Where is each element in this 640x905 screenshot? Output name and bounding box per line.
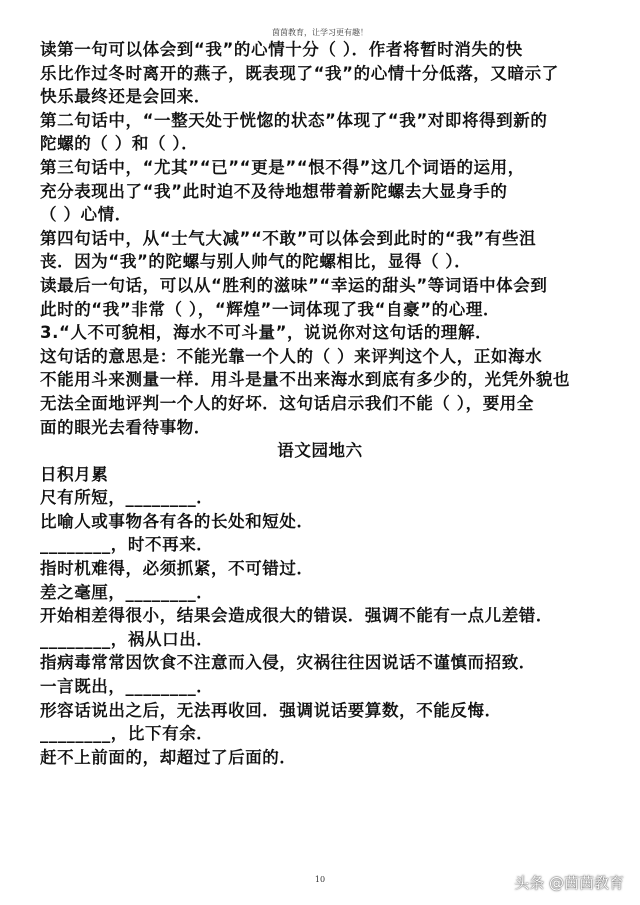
text-line: 此时的“我”非常（ ），“辉煌”一词体现了我“自豪”的心理． (40, 298, 620, 322)
watermark: 头条 @茵茵教育 (514, 872, 624, 893)
reading-questions-section: 读第一句可以体会到“我”的心情十分（ ）．作者将暂时消失的快 乐比作过冬时离开的… (40, 38, 620, 439)
text-line: 面的眼光去看待事物． (40, 416, 620, 440)
idiom-line: ________，比下有余． (40, 722, 620, 746)
explanation-line: 比喻人或事物各有各的长处和短处． (40, 510, 620, 534)
text-line: 第四句话中，从“士气大减”“不敢”可以体会到此时的“我”有些沮 (40, 227, 620, 251)
idiom-line: 一言既出，________． (40, 675, 620, 699)
text-line: 无法全面地评判一个人的好坏．这句话启示我们不能（ ），要用全 (40, 392, 620, 416)
section-subtitle: 日积月累 (40, 463, 620, 487)
idiom-line: 尺有所短，________． (40, 486, 620, 510)
explanation-line: 形容话说出之后，无法再收回．强调说话要算数，不能反悔． (40, 699, 620, 723)
yuwen-yuandi-section: 语文园地六 日积月累 尺有所短，________． 比喻人或事物各有各的长处和短… (40, 439, 620, 769)
question-3: 3.“人不可貌相，海水不可斗量”，说说你对这句话的理解． (40, 321, 620, 345)
text-line: 第三句话中，“尤其”“已”“更是”“恨不得”这几个词语的运用， (40, 156, 620, 180)
text-line: 读第一句可以体会到“我”的心情十分（ ）．作者将暂时消失的快 (40, 38, 620, 62)
text-line: 充分表现出了“我”此时迫不及待地想带着新陀螺去大显身手的 (40, 180, 620, 204)
section-title: 语文园地六 (40, 439, 620, 463)
idiom-line: ________，时不再来． (40, 533, 620, 557)
explanation-line: 指时机难得，必须抓紧，不可错过． (40, 557, 620, 581)
text-line: 乐比作过冬时离开的燕子，既表现了“我”的心情十分低落，又暗示了 (40, 62, 620, 86)
document-body: 读第一句可以体会到“我”的心情十分（ ）．作者将暂时消失的快 乐比作过冬时离开的… (40, 38, 620, 769)
page-header: 茵茵教育，让学习更有趣！ (0, 27, 640, 38)
text-line: 这句话的意思是：不能光靠一个人的（ ）来评判这个人，正如海水 (40, 345, 620, 369)
text-line: 第二句话中，“一整天处于恍惚的状态”体现了“我”对即将得到新的 (40, 109, 620, 133)
text-line: 丧．因为“我”的陀螺与别人帅气的陀螺相比，显得（ ）． (40, 250, 620, 274)
idiom-line: ________，祸从口出． (40, 628, 620, 652)
idiom-line: 差之毫厘，________． (40, 581, 620, 605)
text-line: 陀螺的（ ）和（ ）． (40, 132, 620, 156)
text-line: 不能用斗来测量一样．用斗是量不出来海水到底有多少的，光凭外貌也 (40, 368, 620, 392)
text-line: 读最后一句话，可以从“胜利的滋味”“幸运的甜头”等词语中体会到 (40, 274, 620, 298)
explanation-line: 指病毒常常因饮食不注意而入侵，灾祸往往因说话不谨慎而招致． (40, 651, 620, 675)
explanation-line: 开始相差得很小，结果会造成很大的错误．强调不能有一点儿差错． (40, 604, 620, 628)
text-line: （ ）心情． (40, 203, 620, 227)
text-line: 快乐最终还是会回来． (40, 85, 620, 109)
explanation-line: 赶不上前面的，却超过了后面的． (40, 746, 620, 770)
